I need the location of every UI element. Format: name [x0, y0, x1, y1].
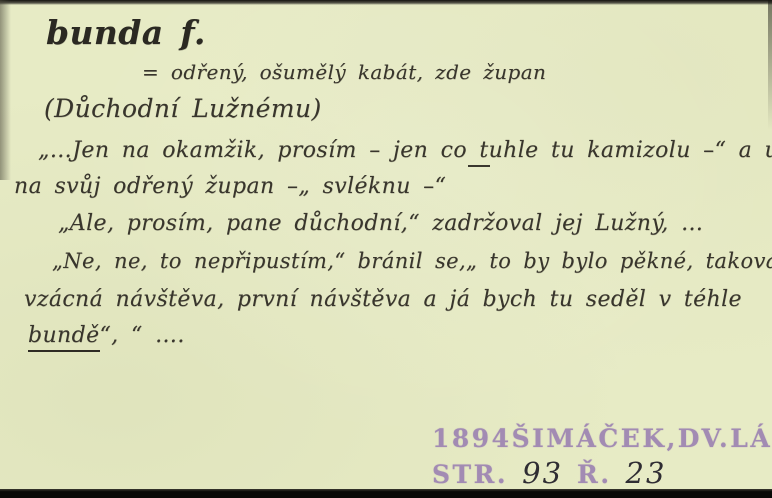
- definition-line: = odřený, ošumělý kabát, zde župan: [142, 62, 546, 82]
- quote-line-1: „…Jen na okamžik, prosím – jen co tuhle …: [38, 140, 772, 162]
- insertion-mark: [468, 165, 490, 167]
- scan-edge-left: [0, 0, 11, 180]
- quote-line-3: „Ale, prosím, pane důchodní,“ zadržoval …: [58, 213, 703, 235]
- page-row-stamp: STR. 93 Ř. 23: [432, 456, 666, 490]
- page-label-stamp: STR.: [432, 460, 508, 489]
- source-stamp: 1894ŠIMÁČEK,DV.LÁS.: [432, 424, 772, 453]
- headword: bunda f.: [46, 16, 206, 49]
- scan-edge-right: [768, 0, 772, 130]
- quote-line-6: bundě“, “ ….: [28, 325, 185, 347]
- row-label-stamp: Ř.: [577, 460, 611, 489]
- archive-card: bunda f. = odřený, ošumělý kabát, zde žu…: [0, 0, 772, 498]
- quote-line-6-rest: “, “ ….: [100, 323, 185, 348]
- underlined-headword-in-quote: bundě: [28, 323, 100, 352]
- quote-line-2: na svůj odřený župan –„ svléknu –“: [14, 176, 446, 198]
- scan-edge-top: [0, 0, 772, 5]
- scan-edge-bottom: [0, 489, 772, 498]
- speaker-note: (Důchodní Lužnému): [44, 96, 322, 121]
- page-number-handwritten: 93: [522, 456, 563, 490]
- row-number-handwritten: 23: [626, 456, 667, 490]
- quote-line-4: „Ne, ne, to nepřipustím,“ bránil se,„ to…: [52, 251, 772, 272]
- quote-line-5: vzácná návštěva, první návštěva a já byc…: [24, 289, 742, 311]
